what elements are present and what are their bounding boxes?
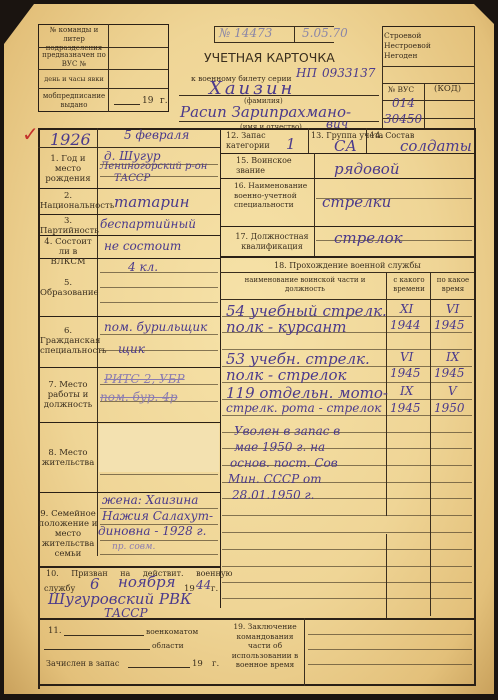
service-row-3-from-month: IX: [400, 384, 413, 398]
service-row-1-from-month: XI: [400, 302, 413, 316]
komsomol-label: 4. Состоит ли в ВЛКСМ: [40, 237, 96, 267]
conscription-rvk-2: ТАССР: [104, 606, 148, 620]
conscription-g: г.: [211, 584, 218, 594]
mob-year-g: г.: [160, 96, 168, 106]
mob-year-prefix: 19: [142, 96, 153, 106]
conscription-year: 44: [196, 578, 211, 592]
family-label: 9. Семейное положение и место жительства…: [38, 509, 98, 559]
surname: Хаизин: [209, 78, 295, 99]
rank-label: 15. Воинское звание: [236, 156, 306, 176]
code-label: (КОД): [434, 84, 461, 94]
status-nestroevoy: Нестроевой: [384, 41, 431, 51]
birth-label: 1. Год и место рождения: [40, 154, 96, 184]
service-row-1-to-month: VI: [446, 302, 459, 316]
civil-specialty-value-2: щик: [118, 342, 145, 356]
vus-assigned-label: предназначен по ВУС №: [40, 51, 108, 69]
service-row-1-unit-2: полк - курсант: [226, 318, 347, 336]
birth-place-3: ТАССР: [114, 173, 150, 184]
composition-value: солдаты: [400, 137, 472, 155]
col-from-header: с какого времени: [388, 276, 430, 294]
oblast-label: области: [152, 641, 184, 650]
service-row-3-to-year: 1950: [434, 401, 465, 415]
service-row-3-unit: 119 отдельн. мото-: [226, 384, 388, 402]
birth-year: 1926: [50, 130, 91, 149]
qualification-value: стрелок: [334, 229, 403, 247]
family-value-2: Нажия Салахут-: [102, 509, 213, 523]
service-row-3-from-year: 1945: [390, 401, 421, 415]
civil-specialty-value: пом. бурильщик: [104, 320, 207, 334]
service-row-2-unit-2: полк - стрелок: [226, 366, 346, 384]
party-label: 3. Партийность: [40, 216, 96, 236]
residence-label: 8. Место жительства: [40, 448, 96, 468]
appearance-time-label: день и часы явки: [38, 75, 110, 84]
party-value: беспартийный: [100, 217, 196, 231]
service-row-3-unit-2: стрелк. рота - стрелок: [226, 401, 381, 415]
service-title: 18. Прохождение военной службы: [274, 261, 421, 270]
discharge-line-5: 28.01.1950 г.: [232, 488, 314, 502]
service-row-2-to-month: IX: [446, 350, 459, 364]
reserve-year-prefix: 19: [192, 659, 203, 669]
education-label: 5. Образование: [40, 278, 96, 298]
voenkomat-label: военкоматом: [146, 627, 198, 636]
col-unit-header: наименование воинской части и должность: [230, 276, 380, 294]
birth-place-2: Лениногорский р-он: [100, 161, 207, 172]
team-number-label: № команды и литер подразделения: [40, 26, 108, 53]
card-title: УЧЕТНАЯ КАРТОЧКА: [204, 50, 335, 65]
card-date: 5.05.70: [302, 26, 348, 40]
vus-value: 014: [392, 96, 415, 110]
family-value-3: диновна - 1928 г.: [98, 524, 206, 538]
red-check-mark: ✓: [22, 122, 39, 146]
f11-number: 11.: [48, 626, 62, 636]
family-value-1: жена: Хаизина: [102, 493, 198, 507]
reserve-label: Зачислен в запас: [46, 659, 119, 668]
status-negoden: Негоден: [384, 51, 417, 61]
discharge-line-2: мае 1950 г. на: [234, 440, 325, 454]
komsomol-value: не состоит: [104, 239, 181, 253]
service-row-2-from-year: 1945: [390, 366, 421, 380]
reserve-category-value: 1: [286, 135, 296, 153]
workplace-value-2: пом. бур. 4р: [100, 390, 177, 404]
vus-label: № ВУС: [388, 85, 414, 94]
registration-card: № команды и литер подразделения предназн…: [4, 4, 494, 694]
family-value-4: пр. совм.: [112, 542, 155, 552]
discharge-line-1: Уволен в запас в: [234, 424, 340, 438]
specialty-value: стрелки: [322, 193, 391, 211]
account-group-value: СА: [334, 137, 357, 155]
workplace-label: 7. Место работы и должность: [40, 380, 96, 410]
conscription-month: ноября: [118, 573, 176, 591]
discharge-line-3: основ. пост. Сов: [230, 456, 338, 470]
education-value: 4 кл.: [128, 260, 158, 274]
service-row-1-to-year: 1945: [434, 318, 465, 332]
service-row-2-from-month: VI: [400, 350, 413, 364]
rank-value: рядовой: [334, 160, 400, 178]
reserve-g: г.: [212, 659, 219, 669]
service-row-3-to-month: V: [448, 384, 457, 398]
service-row-2-to-year: 1945: [434, 366, 465, 380]
redacted-area: [99, 424, 219, 472]
code-value: 30450: [384, 112, 422, 126]
discharge-line-4: Мин. СССР от: [228, 472, 322, 486]
birth-date: 5 февраля: [124, 128, 189, 142]
card-number: № 14473: [219, 26, 272, 40]
mob-order-label: мобпредписание выдано: [40, 92, 108, 110]
nationality-label: 2. Национальность: [40, 191, 96, 211]
command-conclusion-label: 19. Заключение командования части об исп…: [228, 622, 302, 670]
specialty-label: 16. Наименование военно-учетной специаль…: [234, 181, 308, 210]
civil-specialty-label: 6. Гражданская специальность: [40, 326, 96, 356]
nationality-value: татарин: [114, 193, 189, 211]
col-to-header: по какое время: [432, 276, 474, 294]
status-stroevoy: Строевой: [384, 31, 421, 41]
service-row-1-from-year: 1944: [390, 318, 421, 332]
ticket-number: 0933137: [322, 66, 375, 80]
ticket-series: НП: [296, 66, 317, 80]
workplace-value: РИТС-2, УБР: [104, 372, 185, 386]
qualification-label: 17. Должностная квалификация: [234, 232, 310, 252]
